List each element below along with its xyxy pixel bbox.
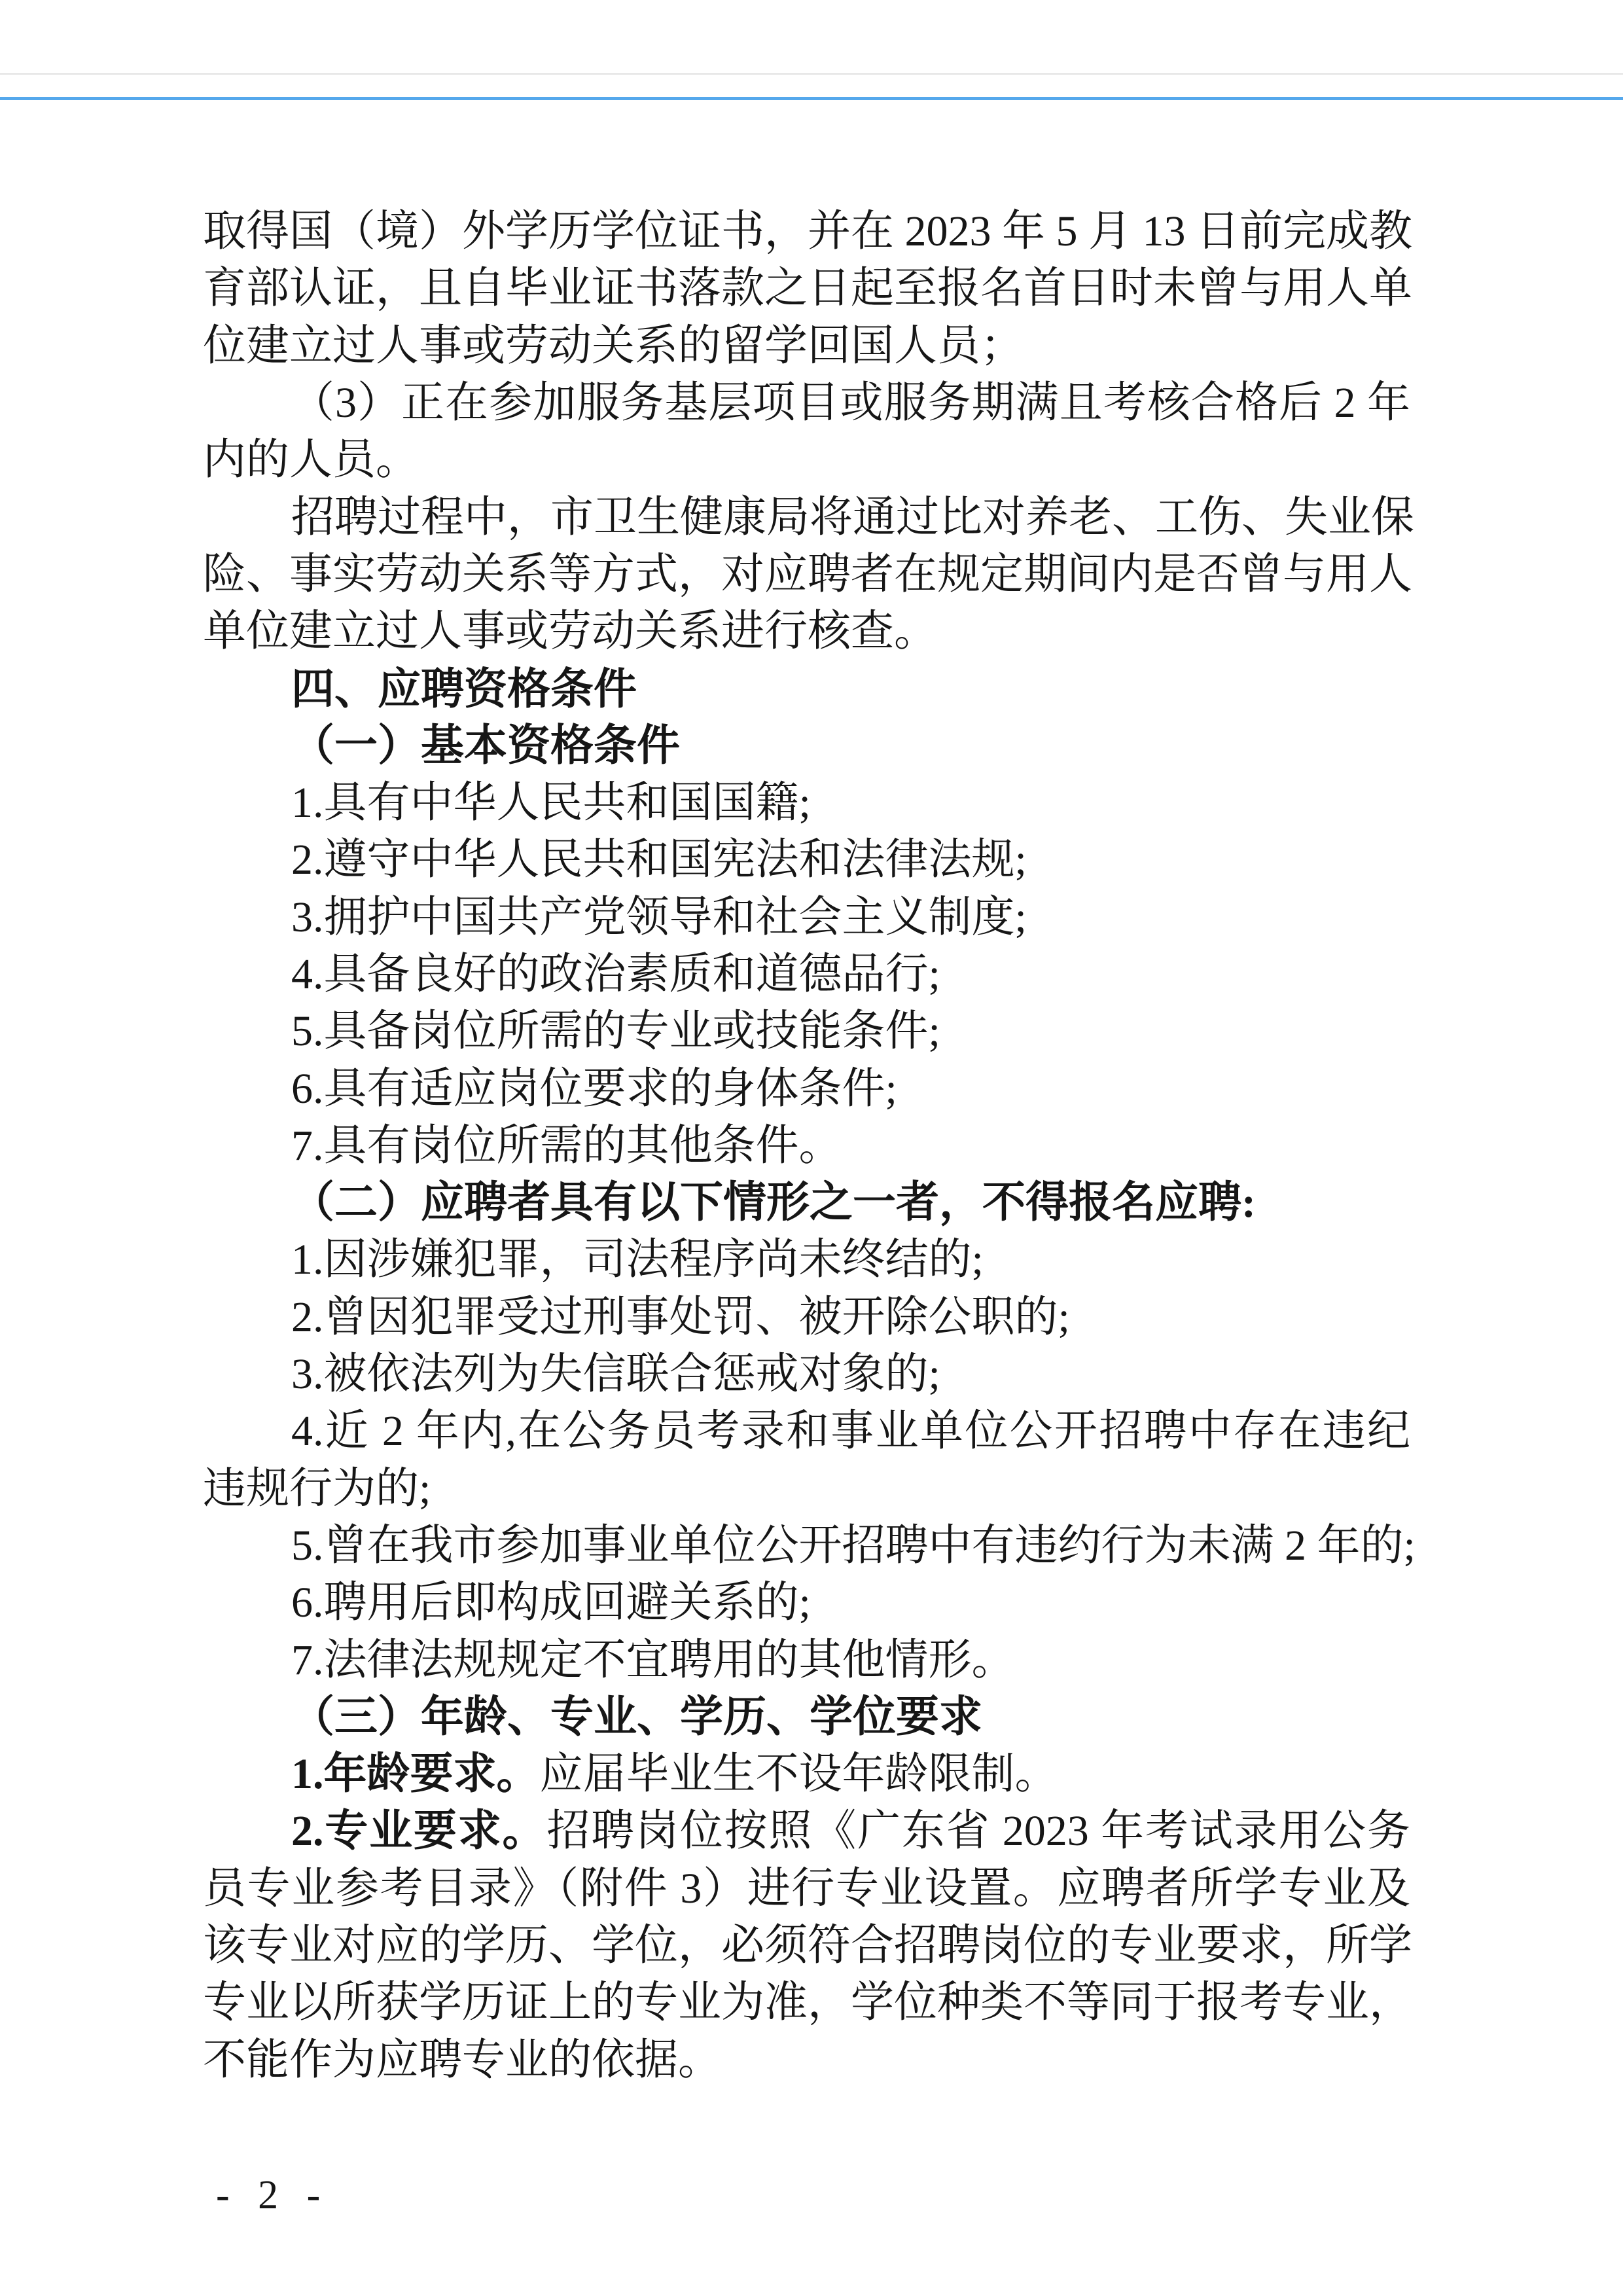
text-run: 位建立过人事或劳动关系的留学回国人员；	[203, 322, 1024, 370]
text-run: 1.因涉嫌犯罪，司法程序尚未终结的;	[291, 1236, 984, 1283]
text-line: 招聘过程中，市卫生健康局将通过比对养老、工伤、失业保	[291, 489, 1410, 547]
bold-run: 2.专业要求。	[291, 1807, 546, 1855]
text-run: 应届毕业生不设年龄限制。	[540, 1750, 1058, 1798]
text-line: 位建立过人事或劳动关系的留学回国人员；	[203, 317, 1024, 375]
text-run: 内的人员。	[203, 436, 419, 484]
text-line: 取得国（境）外学历学位证书，并在 2023 年 5 月 13 日前完成教	[203, 203, 1410, 260]
text-run: 7.法律法规规定不宜聘用的其他情形。	[291, 1636, 1015, 1684]
text-line: 1.年龄要求。应届毕业生不设年龄限制。	[291, 1746, 1058, 1803]
text-line: 3.被依法列为失信联合惩戒对象的;	[291, 1346, 940, 1403]
text-line: 单位建立过人事或劳动关系进行核查。	[203, 603, 937, 660]
text-line: 2.遵守中华人民共和国宪法和法律法规;	[291, 831, 1027, 889]
text-line: 员专业参考目录》（附件 3）进行专业设置。应聘者所学专业及	[203, 1860, 1410, 1918]
text-line: 专业以所获学历证上的专业为准，学位种类不等同于报考专业，	[203, 1974, 1410, 2032]
text-run: 单位建立过人事或劳动关系进行核查。	[203, 607, 937, 655]
text-line: （3）正在参加服务基层项目或服务期满且考核合格后 2 年	[291, 374, 1410, 432]
bold-run: （一）基本资格条件	[291, 722, 680, 770]
text-run: 招聘过程中，市卫生健康局将通过比对养老、工伤、失业保	[291, 493, 1414, 541]
text-line: 2.专业要求。招聘岗位按照《广东省 2023 年考试录用公务	[291, 1803, 1410, 1860]
text-line: 1.因涉嫌犯罪，司法程序尚未终结的;	[291, 1231, 984, 1289]
text-run: 违规行为的;	[203, 1465, 431, 1513]
text-run: 7.具有岗位所需的其他条件。	[291, 1122, 842, 1170]
text-run: 不能作为应聘专业的依据。	[203, 2036, 721, 2084]
text-run: 招聘岗位按照《广东省 2023 年考试录用公务	[546, 1807, 1410, 1855]
text-run: 4.具备良好的政治素质和道德品行;	[291, 950, 940, 998]
text-line: 违规行为的;	[203, 1460, 431, 1518]
text-run: 6.聘用后即构成回避关系的;	[291, 1579, 811, 1626]
text-line: 6.聘用后即构成回避关系的;	[291, 1574, 811, 1632]
heading-line: 四、应聘资格条件	[291, 660, 637, 717]
text-line: 7.法律法规规定不宜聘用的其他情形。	[291, 1632, 1015, 1689]
text-run: 2.遵守中华人民共和国宪法和法律法规;	[291, 836, 1027, 884]
bold-run: （二）应聘者具有以下情形之一者，不得报名应聘:	[291, 1179, 1256, 1227]
text-line: 不能作为应聘专业的依据。	[203, 2032, 721, 2089]
text-line: 育部认证，且自毕业证书落款之日起至报名首日时未曾与用人单	[203, 260, 1410, 317]
text-run: 6.具有适应岗位要求的身体条件;	[291, 1065, 897, 1113]
text-run: 该专业对应的学历、学位，必须符合招聘岗位的专业要求，所学	[203, 1922, 1412, 1969]
text-line: 4.具备良好的政治素质和道德品行;	[291, 946, 940, 1003]
text-line: 5.具备岗位所需的专业或技能条件;	[291, 1003, 940, 1060]
text-run: 5.曾在我市参加事业单位公开招聘中有违约行为未满 2 年的;	[291, 1522, 1416, 1570]
text-run: 取得国（境）外学历学位证书，并在 2023 年 5 月 13 日前完成教	[203, 207, 1412, 255]
text-run: 1.具有中华人民共和国国籍;	[291, 779, 811, 827]
heading-line: （三）年龄、专业、学历、学位要求	[291, 1689, 982, 1746]
text-run: 育部认证，且自毕业证书落款之日起至报名首日时未曾与用人单	[203, 264, 1412, 312]
text-line: 内的人员。	[203, 431, 419, 489]
text-run: 3.被依法列为失信联合惩戒对象的;	[291, 1350, 940, 1398]
text-run: 专业以所获学历证上的专业为准，学位种类不等同于报考专业，	[203, 1979, 1412, 2026]
text-run: （3）正在参加服务基层项目或服务期满且考核合格后 2 年	[291, 379, 1410, 427]
text-line: 5.曾在我市参加事业单位公开招聘中有违约行为未满 2 年的;	[291, 1517, 1410, 1575]
heading-line: （一）基本资格条件	[291, 717, 680, 775]
text-run: 2.曾因犯罪受过刑事处罚、被开除公职的;	[291, 1293, 1070, 1341]
text-run: 4.近 2 年内,在公务员考录和事业单位公开招聘中存在违纪	[291, 1407, 1410, 1455]
page-number: - 2 -	[216, 2166, 329, 2224]
heading-line: （二）应聘者具有以下情形之一者，不得报名应聘:	[291, 1174, 1256, 1232]
text-line: 4.近 2 年内,在公务员考录和事业单位公开招聘中存在违纪	[291, 1403, 1410, 1460]
text-run: 员专业参考目录》（附件 3）进行专业设置。应聘者所学专业及	[203, 1865, 1410, 1912]
text-line: 2.曾因犯罪受过刑事处罚、被开除公职的;	[291, 1289, 1070, 1346]
bold-run: 四、应聘资格条件	[291, 664, 637, 713]
text-run: 5.具备岗位所需的专业或技能条件;	[291, 1007, 940, 1055]
text-line: 险、事实劳动关系等方式，对应聘者在规定期间内是否曾与用人	[203, 546, 1410, 603]
bold-run: 1.年龄要求。	[291, 1750, 540, 1798]
text-line: 该专业对应的学历、学位，必须符合招聘岗位的专业要求，所学	[203, 1917, 1410, 1975]
text-line: 3.拥护中国共产党领导和社会主义制度;	[291, 889, 1027, 946]
bold-run: （三）年龄、专业、学历、学位要求	[291, 1693, 982, 1741]
text-line: 7.具有岗位所需的其他条件。	[291, 1117, 842, 1175]
text-run: 险、事实劳动关系等方式，对应聘者在规定期间内是否曾与用人	[203, 550, 1412, 598]
document-body: 取得国（境）外学历学位证书，并在 2023 年 5 月 13 日前完成教育部认证…	[0, 0, 1623, 2296]
text-line: 1.具有中华人民共和国国籍;	[291, 774, 811, 832]
text-line: 6.具有适应岗位要求的身体条件;	[291, 1060, 897, 1118]
text-run: 3.拥护中国共产党领导和社会主义制度;	[291, 893, 1027, 941]
